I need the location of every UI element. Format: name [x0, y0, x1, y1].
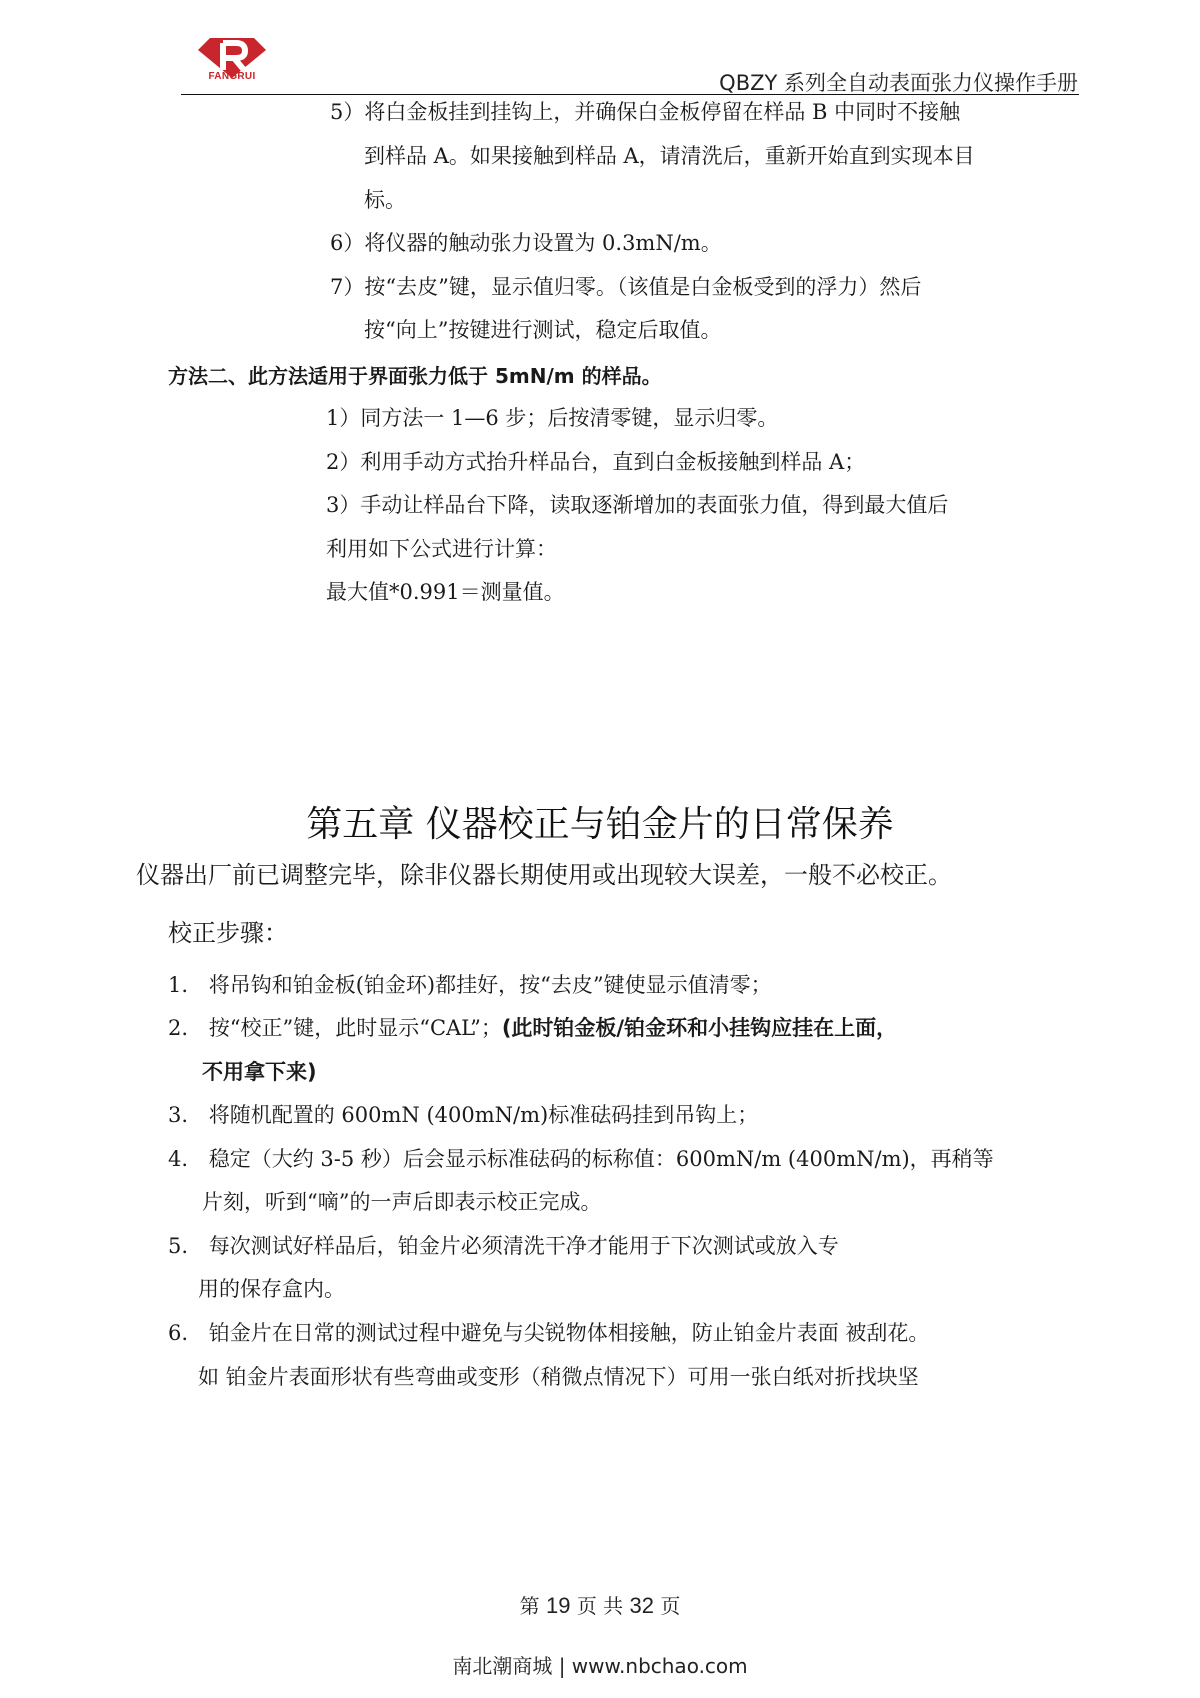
- page-mid: 页 共: [577, 1594, 623, 1618]
- cal-step-num: 3.: [168, 1103, 188, 1127]
- page-current: 19: [546, 1593, 570, 1618]
- cal-step-2: 2. 按“校正”键，此时显示“CAL”；(此时铂金板/铂金环和小挂钩应挂在上面，: [168, 1013, 897, 1043]
- cal-step-text: 每次测试好样品后，铂金片必须清洗干净才能用于下次测试或放入专: [209, 1234, 839, 1258]
- cal-step-4-cont: 片刻，听到“嘀”的一声后即表示校正完成。: [202, 1187, 601, 1217]
- cal-step-num: 4.: [168, 1147, 188, 1171]
- cal-step-3: 3. 将随机配置的 600mN (400mN/m)标准砝码挂到吊钩上；: [168, 1100, 758, 1130]
- cal-step-text: 稳定（大约 3-5 秒）后会显示标准砝码的标称值：600mN/m (400mN/…: [209, 1147, 994, 1171]
- cal-step-note: (此时铂金板/铂金环和小挂钩应挂在上面，: [502, 1016, 897, 1040]
- page-number: 第 19 页 共 32 页: [0, 1590, 1200, 1619]
- cal-step-text: 将吊钩和铂金板(铂金环)都挂好，按“去皮”键使显示值清零；: [209, 973, 772, 997]
- cal-step-6-cont: 如 铂金片表面形状有些弯曲或变形（稍微点情况下）可用一张白纸对折找块坚: [198, 1362, 919, 1392]
- calibration-steps-label: 校正步骤：: [168, 918, 288, 948]
- header-divider: [181, 94, 1079, 95]
- document-title: QBZY 系列全自动表面张力仪操作手册: [719, 67, 1078, 97]
- page-prefix: 第: [520, 1594, 540, 1618]
- cal-step-4: 4. 稳定（大约 3-5 秒）后会显示标准砝码的标称值：600mN/m (400…: [168, 1144, 994, 1174]
- cal-step-1: 1. 将吊钩和铂金板(铂金环)都挂好，按“去皮”键使显示值清零；: [168, 970, 772, 1000]
- step-6: 6）将仪器的触动张力设置为 0.3mN/m。: [330, 228, 722, 258]
- page-suffix: 页: [660, 1594, 680, 1618]
- chapter-title: 第五章 仪器校正与铂金片的日常保养: [0, 800, 1200, 850]
- cal-step-5-cont: 用的保存盒内。: [198, 1274, 345, 1304]
- site-watermark: 南北潮商城 | www.nbchao.com: [0, 1650, 1200, 1679]
- method-two-heading: 方法二、此方法适用于界面张力低于 5mN/m 的样品。: [168, 361, 662, 391]
- page-total: 32: [630, 1593, 654, 1618]
- step-7-line-1: 7）按“去皮”键，显示值归零。（该值是白金板受到的浮力）然后: [330, 272, 921, 302]
- cal-step-text: 将随机配置的 600mN (400mN/m)标准砝码挂到吊钩上；: [209, 1103, 758, 1127]
- formula: 最大值*0.991＝测量值。: [326, 577, 565, 607]
- formula-intro: 利用如下公式进行计算：: [326, 534, 557, 564]
- method-two-step-3: 3）手动让样品台下降，读取逐渐增加的表面张力值，得到最大值后: [326, 490, 948, 520]
- cal-step-num: 1.: [168, 973, 188, 997]
- cal-step-num: 5.: [168, 1234, 188, 1258]
- cal-step-num: 6.: [168, 1321, 188, 1345]
- cal-step-5: 5. 每次测试好样品后，铂金片必须清洗干净才能用于下次测试或放入专: [168, 1231, 839, 1261]
- method-two-step-1: 1）同方法一 1—6 步；后按清零键，显示归零。: [326, 403, 778, 433]
- cal-step-num: 2.: [168, 1016, 188, 1040]
- step-5-line-2: 到样品 A。如果接触到样品 A，请清洗后，重新开始直到实现本目: [364, 141, 975, 171]
- cal-step-text: 铂金片在日常的测试过程中避免与尖锐物体相接触，防止铂金片表面 被刮花。: [209, 1321, 930, 1345]
- cal-step-text: 按“校正”键，此时显示“CAL”；: [209, 1016, 502, 1040]
- step-7-line-2: 按“向上”按键进行测试，稳定后取值。: [364, 315, 721, 345]
- cal-step-6: 6. 铂金片在日常的测试过程中避免与尖锐物体相接触，防止铂金片表面 被刮花。: [168, 1318, 929, 1348]
- step-5-line-1: 5）将白金板挂到挂钩上，并确保白金板停留在样品 B 中同时不接触: [330, 97, 960, 127]
- chapter-intro: 仪器出厂前已调整完毕，除非仪器长期使用或出现较大误差，一般不必校正。: [136, 860, 952, 890]
- logo-text: FANGRUI: [196, 71, 268, 82]
- method-two-step-2: 2）利用手动方式抬升样品台，直到白金板接触到样品 A；: [326, 447, 865, 477]
- step-5-line-3: 标。: [364, 185, 406, 215]
- cal-step-2-cont: 不用拿下来): [202, 1057, 317, 1087]
